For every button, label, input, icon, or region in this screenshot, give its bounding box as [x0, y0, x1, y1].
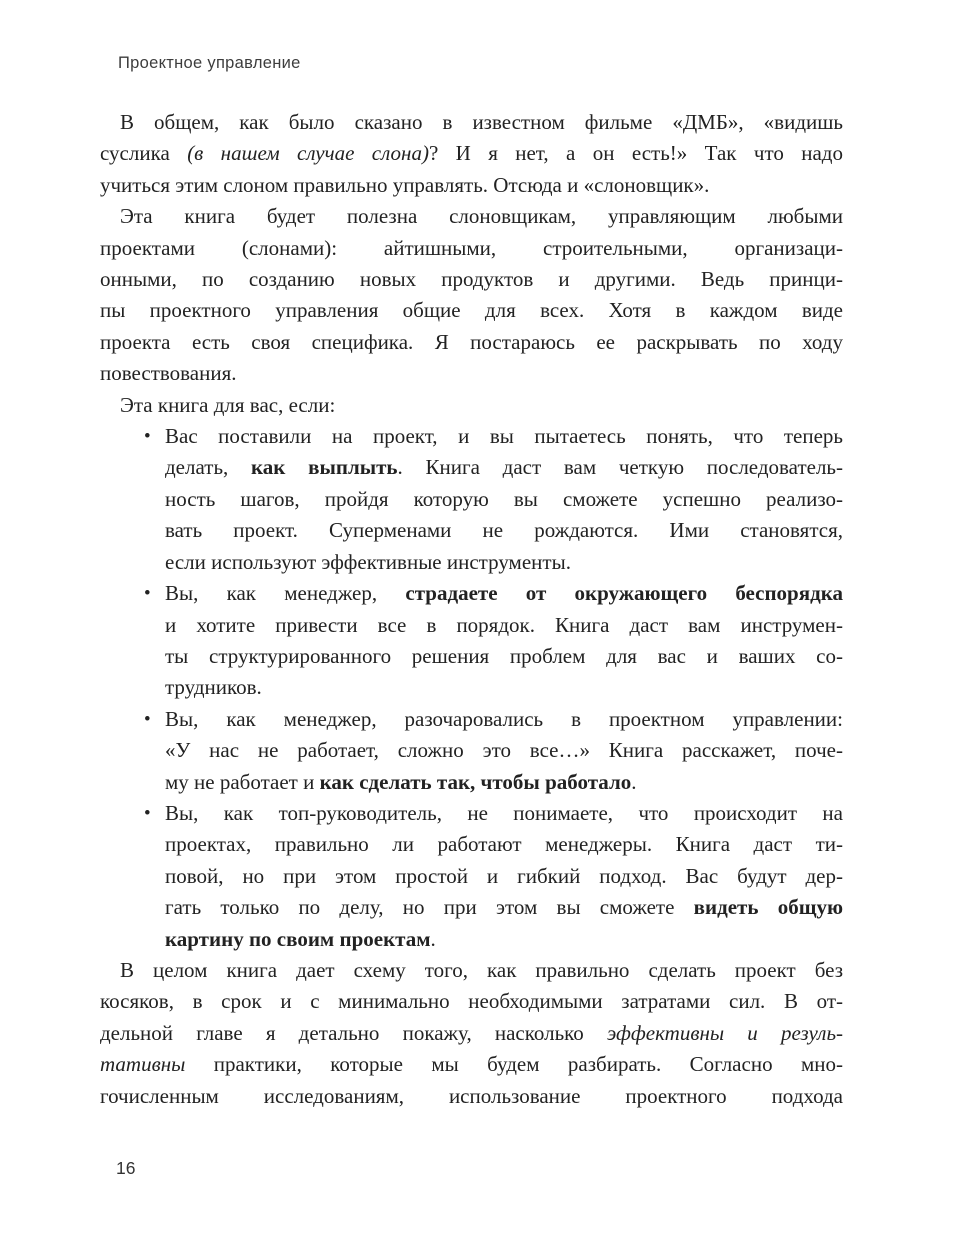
text-line: Вы, как топ-руководитель, не понимаете, … — [165, 798, 843, 829]
text-run: проектах, правильно ли работают менеджер… — [165, 832, 843, 856]
text-run: онными, по созданию новых продуктов и др… — [100, 267, 843, 291]
text-run: ? И я нет, а он есть!» Так что надо — [429, 141, 843, 165]
text-run: проектами (слонами): айтишными, строител… — [100, 236, 843, 260]
text-run: повой, но при этом простой и гибкий подх… — [165, 864, 843, 888]
page-body: В общем, как было сказано в известном фи… — [100, 107, 843, 1112]
text-run: дельной главе я детально покажу, насколь… — [100, 1021, 607, 1045]
text-run: суслика — [100, 141, 187, 165]
text-line: гочисленным исследованиям, использование… — [100, 1081, 843, 1112]
text-run: проекта есть своя специфика. Я постараюс… — [100, 330, 843, 354]
text-line: суслика (в нашем случае слона)? И я нет,… — [100, 138, 843, 169]
text-line: Вас поставили на проект, и вы пытаетесь … — [165, 421, 843, 452]
text-run: косяков, в срок и с минимально необходим… — [100, 989, 843, 1013]
paragraph: Эта книга будет полезна слоновщикам, упр… — [100, 201, 843, 389]
text-line: картину по своим проектам. — [165, 924, 843, 955]
bullet-marker-icon: • — [144, 421, 151, 452]
text-run: тативны — [100, 1052, 185, 1076]
text-line: если используют эффективные инструменты. — [165, 547, 843, 578]
text-run: если используют эффективные инструменты. — [165, 550, 571, 574]
bullet-marker-icon: • — [144, 704, 151, 735]
text-line: делать, как выплыть. Книга даст вам четк… — [165, 452, 843, 483]
book-page: Проектное управление В общем, как было с… — [0, 0, 957, 1240]
text-line: повой, но при этом простой и гибкий подх… — [165, 861, 843, 892]
text-run: вать проект. Суперменами не рождаются. И… — [165, 518, 843, 542]
text-run: Эта книга для вас, если: — [120, 393, 335, 417]
text-line: «У нас не работает, сложно это все…» Кни… — [165, 735, 843, 766]
text-run: Вы, как топ-руководитель, не понимаете, … — [165, 801, 843, 825]
text-run: учиться этим слоном правильно управлять.… — [100, 173, 709, 197]
bullet-item: •Вы, как менеджер, разочаровались в прое… — [100, 704, 843, 798]
bullet-marker-icon: • — [144, 578, 151, 609]
text-line: Эта книга для вас, если: — [100, 390, 843, 421]
text-line: онными, по созданию новых продуктов и др… — [100, 264, 843, 295]
text-line: ность шагов, пройдя которую вы сможете у… — [165, 484, 843, 515]
paragraph: В общем, как было сказано в известном фи… — [100, 107, 843, 201]
text-line: и хотите привести все в порядок. Книга д… — [165, 610, 843, 641]
paragraph: В целом книга дает схему того, как прави… — [100, 955, 843, 1112]
text-run: гать только по делу, но при этом вы смож… — [165, 895, 694, 919]
text-line: проектах, правильно ли работают менеджер… — [165, 829, 843, 860]
bullet-item: •Вас поставили на проект, и вы пытаетесь… — [100, 421, 843, 578]
text-line: вать проект. Суперменами не рождаются. И… — [165, 515, 843, 546]
text-line: учиться этим слоном правильно управлять.… — [100, 170, 843, 201]
text-line: ты структурированного решения проблем дл… — [165, 641, 843, 672]
text-line: проектами (слонами): айтишными, строител… — [100, 233, 843, 264]
text-run: Вы, как менеджер, разочаровались в проек… — [165, 707, 843, 731]
text-run: (в нашем случае слона) — [187, 141, 429, 165]
text-line: пы проектного управления общие для всех.… — [100, 295, 843, 326]
text-run: . — [631, 770, 636, 794]
text-run: делать, — [165, 455, 251, 479]
bullet-marker-icon: • — [144, 798, 151, 829]
text-run: и хотите привести все в порядок. Книга д… — [165, 613, 843, 637]
text-run: . Книга даст вам четкую последователь- — [398, 455, 843, 479]
text-run: как сделать так, чтобы работало — [320, 770, 632, 794]
text-run: ты структурированного решения проблем дл… — [165, 644, 843, 668]
text-line: проекта есть своя специфика. Я постараюс… — [100, 327, 843, 358]
text-run: видеть общую — [694, 895, 843, 919]
text-line: Эта книга будет полезна слоновщикам, упр… — [100, 201, 843, 232]
text-line: Вы, как менеджер, страдаете от окружающе… — [165, 578, 843, 609]
text-line: гать только по делу, но при этом вы смож… — [165, 892, 843, 923]
text-line: му не работает и как сделать так, чтобы … — [165, 767, 843, 798]
text-run: Эта книга будет полезна слоновщикам, упр… — [120, 204, 843, 228]
text-run: В целом книга дает схему того, как прави… — [120, 958, 843, 982]
text-run: гочисленным исследованиям, использование… — [100, 1084, 843, 1108]
text-line: В целом книга дает схему того, как прави… — [100, 955, 843, 986]
text-run: . — [431, 927, 436, 951]
text-line: Вы, как менеджер, разочаровались в проек… — [165, 704, 843, 735]
text-run: В общем, как было сказано в известном фи… — [120, 110, 843, 134]
text-run: практики, которые мы будем разбирать. Со… — [185, 1052, 843, 1076]
text-line: трудников. — [165, 672, 843, 703]
paragraph: Эта книга для вас, если: — [100, 390, 843, 421]
text-run: пы проектного управления общие для всех.… — [100, 298, 843, 322]
text-run: «У нас не работает, сложно это все…» Кни… — [165, 738, 843, 762]
text-run: Вы, как менеджер, — [165, 581, 405, 605]
text-run: как выплыть — [251, 455, 398, 479]
text-line: косяков, в срок и с минимально необходим… — [100, 986, 843, 1017]
bullet-item: •Вы, как топ-руководитель, не понимаете,… — [100, 798, 843, 955]
text-line: тативны практики, которые мы будем разби… — [100, 1049, 843, 1080]
text-run: ность шагов, пройдя которую вы сможете у… — [165, 487, 843, 511]
text-run: трудников. — [165, 675, 262, 699]
text-run: эффективны и резуль- — [607, 1021, 843, 1045]
page-number: 16 — [116, 1158, 135, 1179]
text-run: картину по своим проектам — [165, 927, 431, 951]
text-run: страдаете от окружающего беспорядка — [405, 581, 843, 605]
text-run: Вас поставили на проект, и вы пытаетесь … — [165, 424, 843, 448]
text-line: В общем, как было сказано в известном фи… — [100, 107, 843, 138]
bullet-item: •Вы, как менеджер, страдаете от окружающ… — [100, 578, 843, 704]
running-header: Проектное управление — [118, 54, 301, 73]
text-line: дельной главе я детально покажу, насколь… — [100, 1018, 843, 1049]
text-line: повествования. — [100, 358, 843, 389]
text-run: му не работает и — [165, 770, 320, 794]
text-run: повествования. — [100, 361, 237, 385]
